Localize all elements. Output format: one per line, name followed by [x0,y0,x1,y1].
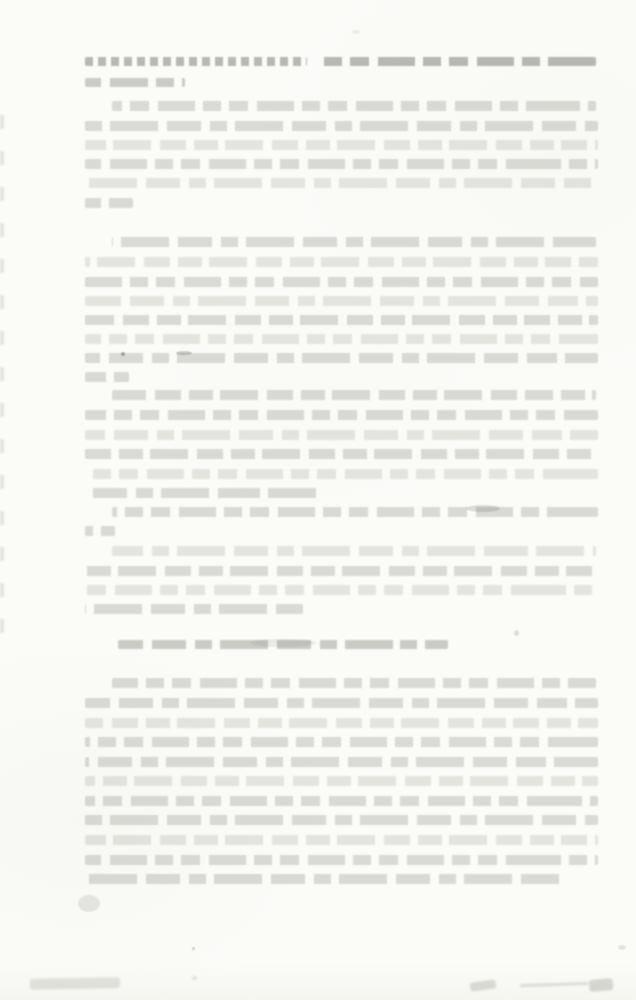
top-fleck [352,30,360,34]
dark-word-smudge [466,505,500,512]
tiny-mark [514,630,519,636]
scanned-page [0,0,636,1000]
corner-fleck [618,945,626,950]
bottom-right-streak [520,982,588,987]
ink-dot [121,352,125,356]
heading-smudge [250,639,316,647]
scan-artifacts-layer [0,0,636,1000]
ink-dash [176,351,192,355]
bottom-right-scribble [470,979,497,992]
page-number-smudge [78,895,100,912]
tiny-dot [192,947,195,950]
bottom-right-blob [589,978,614,992]
bottom-mid-dot [192,976,197,980]
bottom-left-smudge [30,977,120,990]
left-edge-marks [0,115,4,655]
